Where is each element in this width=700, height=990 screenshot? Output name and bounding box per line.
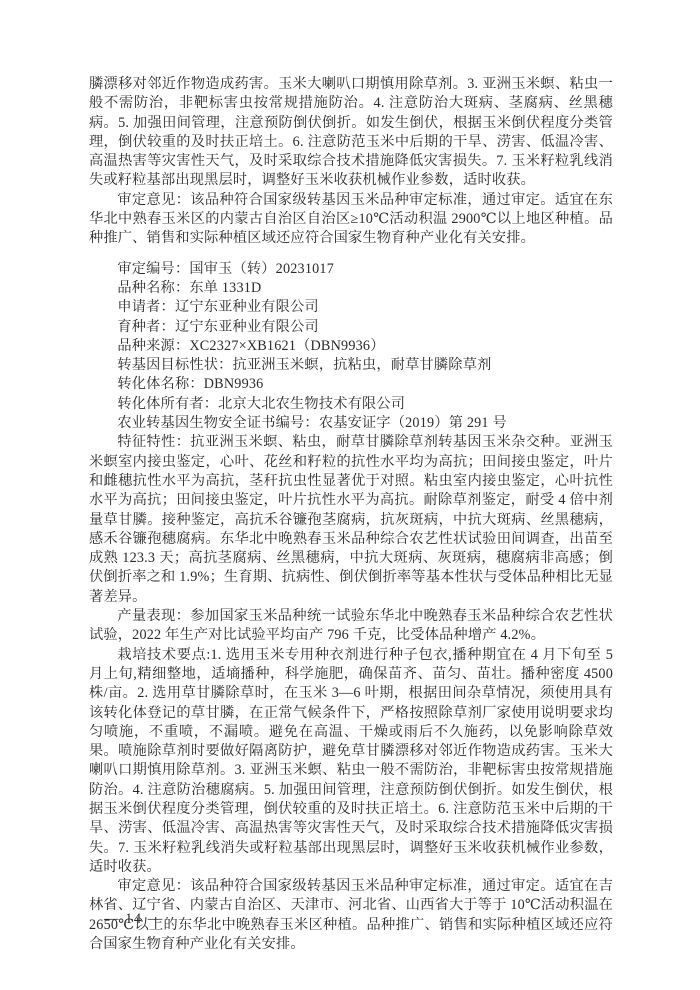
variety-info-list: 审定编号：国审玉（转）20231017 品种名称：东单 1331D 申请者：辽宁…	[89, 260, 613, 434]
field-transformation-event-name: 转化体名称：DBN9936	[89, 375, 613, 394]
page-number: — 14 —	[104, 911, 164, 928]
field-transformation-event-owner: 转化体所有者：北京大北农生物技术有限公司	[89, 395, 613, 414]
field-gm-target-traits: 转基因目标性状：抗亚洲玉米螟，抗粘虫，耐草甘膦除草剂	[89, 356, 613, 375]
field-applicant: 申请者：辽宁东亚种业有限公司	[89, 298, 613, 317]
paragraph-cultivation-key-points: 栽培技术要点:1. 选用玉米专用种衣剂进行种子包衣,播种期宜在 4 月下旬至 5…	[89, 646, 613, 878]
document-page: 膦漂移对邻近作物造成药害。玉米大喇叭口期慎用除草剂。3. 亚洲玉米螟、粘虫一般不…	[0, 0, 700, 990]
field-breeder: 育种者：辽宁东亚种业有限公司	[89, 318, 613, 337]
field-variety-source: 品种来源：XC2327×XB1621（DBN9936）	[89, 337, 613, 356]
field-variety-name: 品种名称：东单 1331D	[89, 279, 613, 298]
paragraph-approval-opinion-1: 审定意见：该品种符合国家级转基因玉米品种审定标准，通过审定。适宜在东华北中熟春玉…	[89, 191, 613, 249]
paragraph-characteristics: 特征特性：抗亚洲玉米螟、粘虫，耐草甘膦除草剂转基因玉米杂交种。亚洲玉米螟室内接虫…	[89, 433, 613, 607]
paragraph-approval-opinion-2: 审定意见：该品种符合国家级转基因玉米品种审定标准，通过审定。适宜在吉林省、辽宁省…	[89, 877, 613, 954]
field-biosafety-certificate-number: 农业转基因生物安全证书编号：农基安证字（2019）第 291 号	[89, 414, 613, 433]
document-text: 膦漂移对邻近作物造成药害。玉米大喇叭口期慎用除草剂。3. 亚洲玉米螟、粘虫一般不…	[89, 75, 613, 954]
paragraph-yield-performance: 产量表现：参加国家玉米品种统一试验东华北中晚熟春玉米品种综合农艺性状试验，202…	[89, 607, 613, 646]
field-approval-number: 审定编号：国审玉（转）20231017	[89, 260, 613, 279]
paragraph-cultivation-continued: 膦漂移对邻近作物造成药害。玉米大喇叭口期慎用除草剂。3. 亚洲玉米螟、粘虫一般不…	[89, 75, 613, 191]
